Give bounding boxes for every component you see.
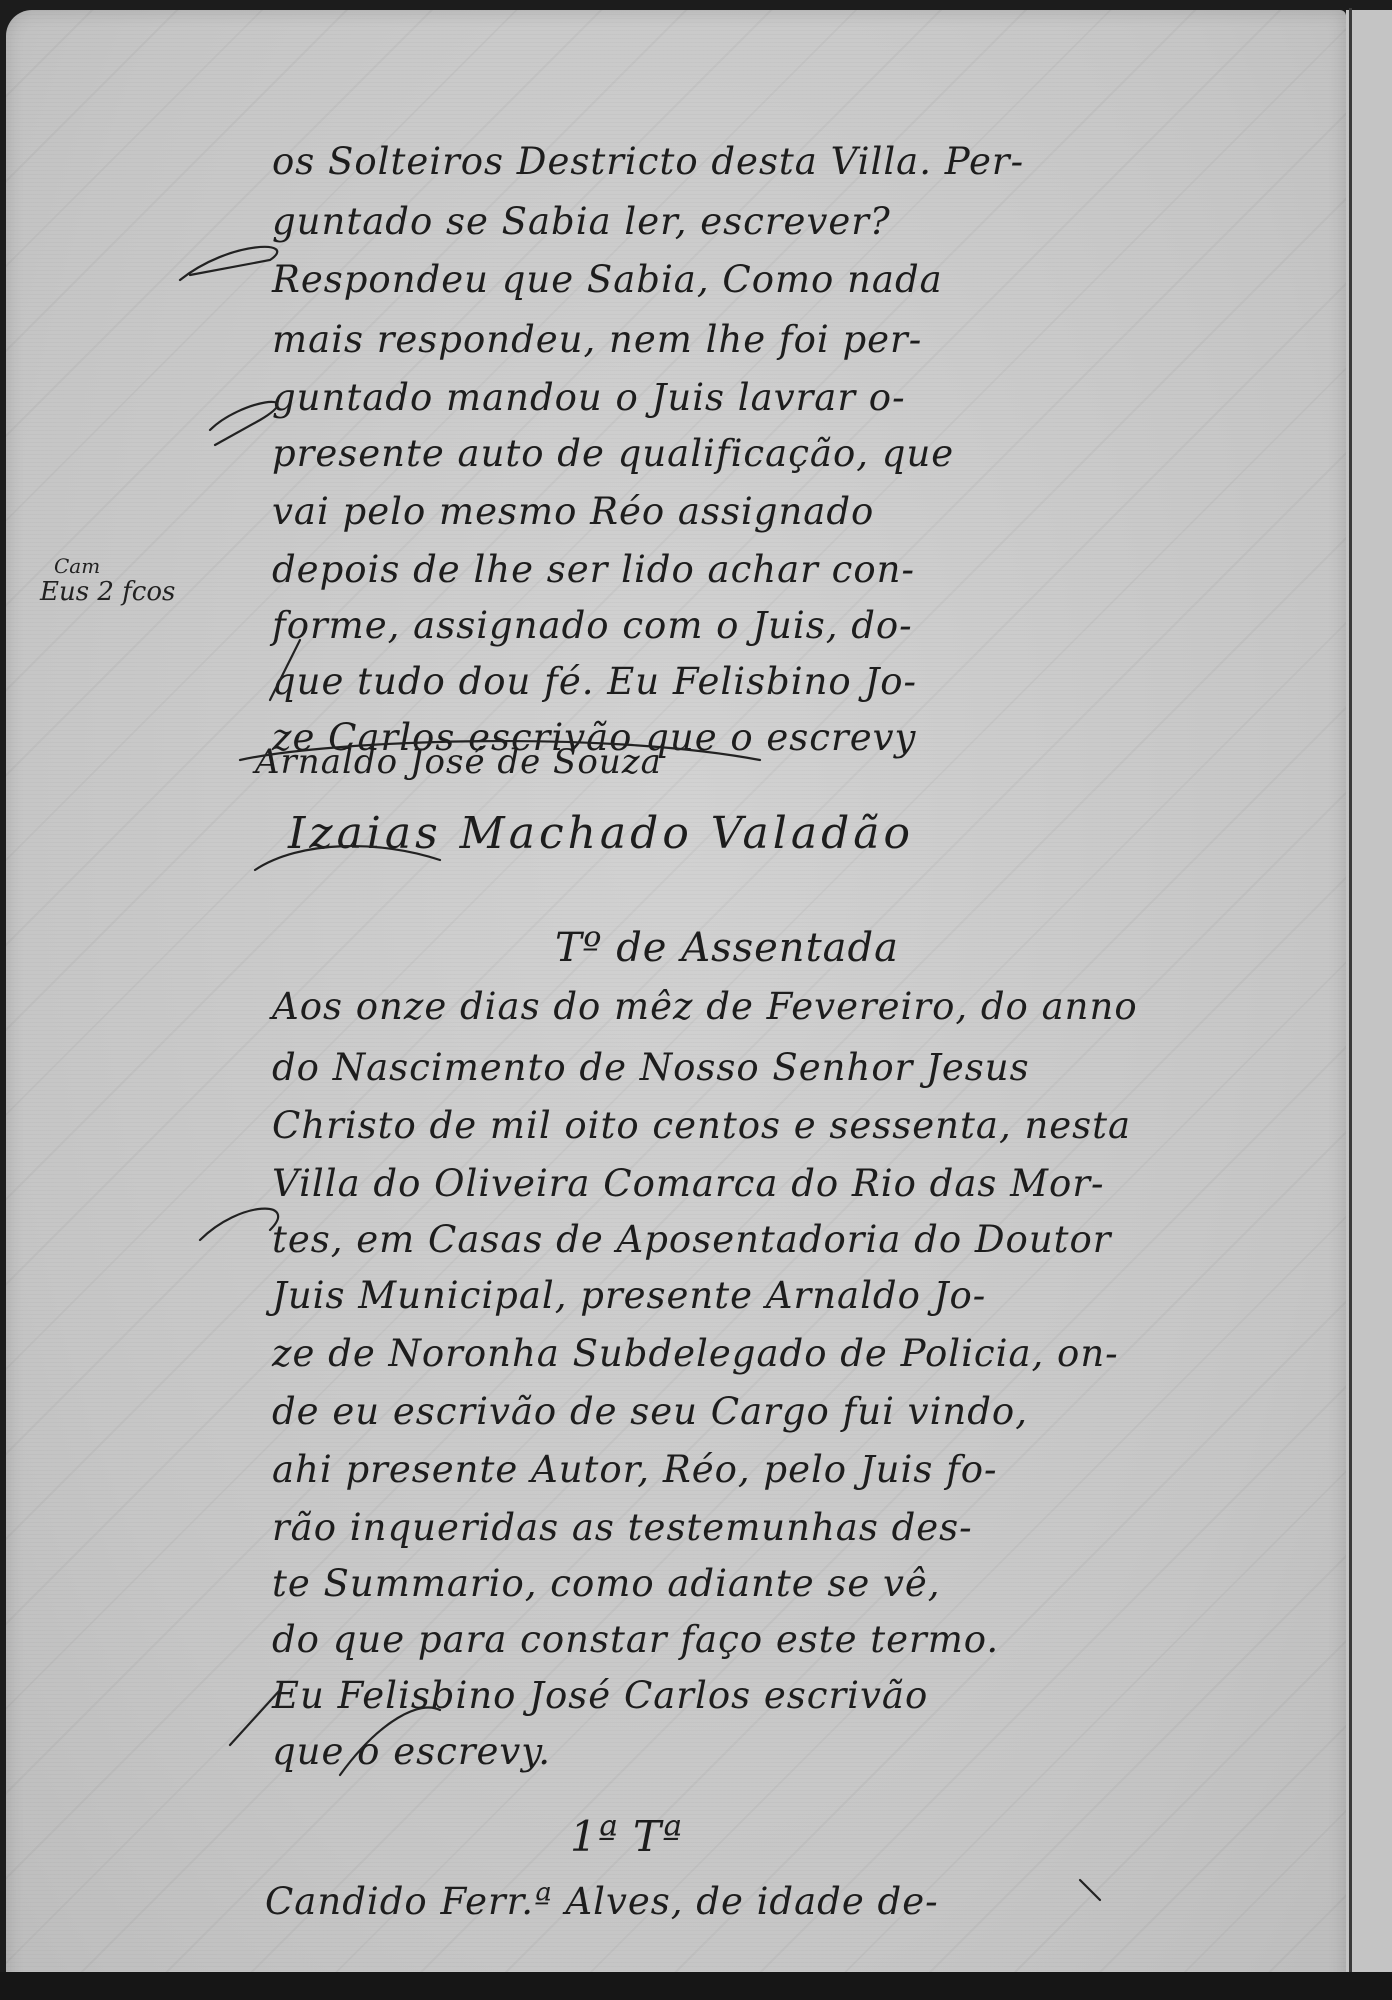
text-line: de eu escrivão de seu Cargo fui vindo, bbox=[272, 1390, 1028, 1433]
margin-annotation-top: Cam bbox=[54, 553, 175, 579]
text-line: tes, em Casas de Aposentadoria do Doutor bbox=[272, 1218, 1111, 1261]
text-line: Candido Ferr.ª Alves, de idade de- bbox=[265, 1880, 939, 1923]
text-line: rão inqueridas as testemunhas des- bbox=[272, 1506, 973, 1549]
margin-annotation: Cam Eus 2 fcos bbox=[40, 553, 175, 605]
text-line: Aos onze dias do mêz de Fevereiro, do an… bbox=[272, 985, 1138, 1028]
text-line: ze de Noronha Subdelegado de Policia, on… bbox=[272, 1332, 1119, 1375]
text-line: vai pelo mesmo Réo assignado bbox=[272, 490, 874, 533]
text-line: Eu Felisbino José Carlos escrivão bbox=[272, 1674, 928, 1717]
text-line: Christo de mil oito centos e sessenta, n… bbox=[272, 1104, 1131, 1147]
text-line: depois de lhe ser lido achar con- bbox=[272, 548, 915, 591]
margin-annotation-bottom: Eus 2 fcos bbox=[40, 577, 175, 607]
text-line: do que para constar faço este termo. bbox=[272, 1618, 999, 1661]
text-line: te Summario, como adiante se vê, bbox=[272, 1562, 941, 1605]
text-line: mais respondeu, nem lhe foi per- bbox=[272, 318, 922, 361]
text-line: que tudo dou fé. Eu Felisbino Jo- bbox=[272, 660, 917, 703]
text-line: Respondeu que Sabia, Como nada bbox=[272, 258, 943, 301]
text-line: ahi presente Autor, Réo, pelo Juis fo- bbox=[272, 1448, 998, 1491]
scan-bottom-edge bbox=[0, 1972, 1392, 2000]
text-line: guntado se Sabia ler, escrever? bbox=[272, 200, 891, 243]
text-line: Villa do Oliveira Comarca do Rio das Mor… bbox=[272, 1162, 1105, 1205]
text-line: do Nascimento de Nosso Senhor Jesus bbox=[272, 1046, 1030, 1089]
signature-defendant: Izaias Machado Valadão bbox=[288, 808, 914, 859]
text-line: Juis Municipal, presente Arnaldo Jo- bbox=[272, 1274, 986, 1317]
section-heading-first-witness: 1ª Tª bbox=[570, 1812, 683, 1861]
section-heading-assentada: Tº de Assentada bbox=[555, 925, 899, 971]
page-fold-line bbox=[1349, 8, 1352, 1993]
adjacent-page-strip bbox=[1346, 10, 1392, 1995]
signature-judge: Arnaldo José de Souza bbox=[255, 742, 662, 782]
text-line: os Solteiros Destricto desta Villa. Per- bbox=[272, 140, 1024, 183]
text-line: presente auto de qualificação, que bbox=[272, 432, 954, 475]
text-line: forme, assignado com o Juis, do- bbox=[272, 604, 913, 647]
text-line: que o escrevy. bbox=[272, 1730, 551, 1773]
text-line: guntado mandou o Juis lavrar o- bbox=[272, 376, 906, 419]
